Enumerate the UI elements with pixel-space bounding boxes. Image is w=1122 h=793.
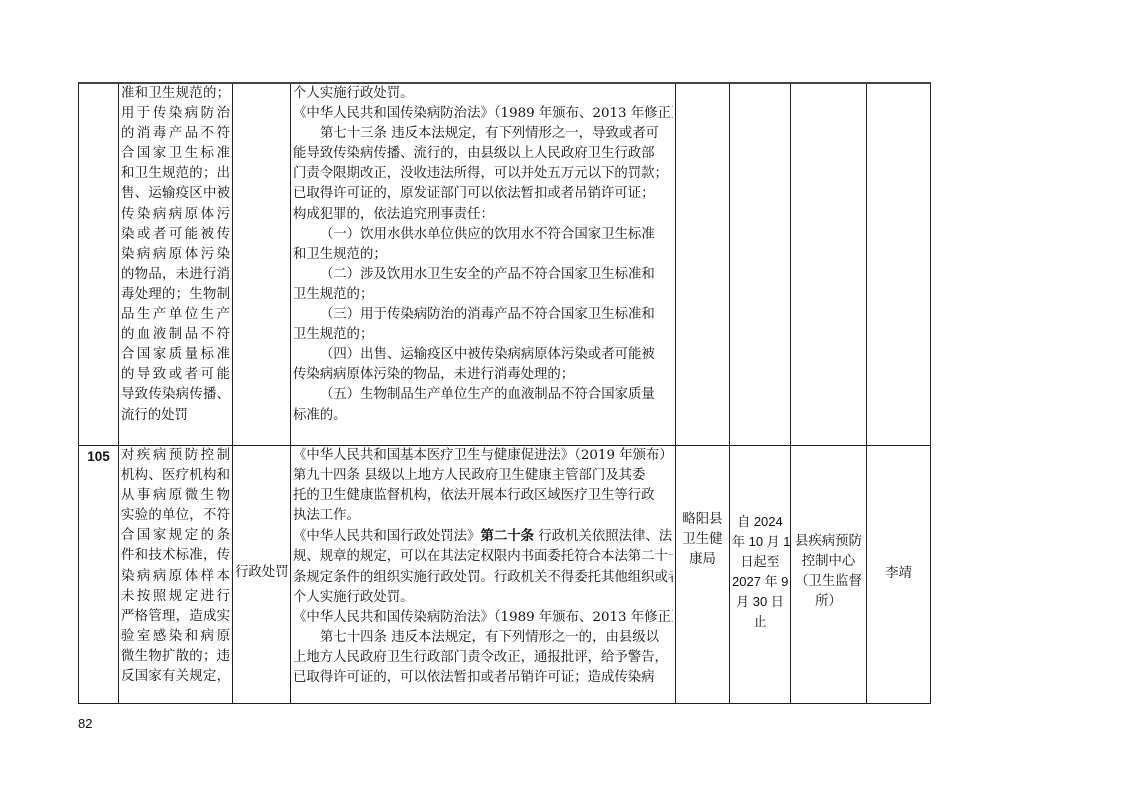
item-line: 染病病原体样本 (121, 567, 230, 587)
basis-line: 第七十四条 违反本法规定，有下列情形之一的，由县级以 (293, 628, 673, 648)
org-line: 康局 (678, 550, 727, 570)
org-line: 略阳县 (678, 510, 727, 530)
basis-line: 第九十四条 县级以上地方人民政府卫生健康主管部门及其委 (293, 466, 673, 486)
basis-line: 已取得许可证的，原发证部门可以依法暂扣或者吊销许可证； (293, 184, 673, 204)
basis-line: 个人实施行政处罚。 (293, 84, 673, 104)
org-cell (676, 83, 730, 446)
article-number: 第二十条 (480, 528, 534, 544)
item-cell: 准和卫生规范的； 用于传染病防治 的消毒产品不符 合国家卫生标准 和卫生规范的；… (119, 83, 233, 446)
unit-line: 县疾病预防 (793, 532, 864, 552)
item-line: 品生产单位生产 (121, 305, 230, 325)
item-line: 的导致或者可能 (121, 365, 230, 385)
table-row: 准和卫生规范的； 用于传染病防治 的消毒产品不符 合国家卫生标准 和卫生规范的；… (79, 83, 931, 446)
item-line: 机构、医疗机构和 (121, 466, 230, 486)
table-row: 105 对疾病预防控制 机构、医疗机构和 从事病原微生物 实验的单位，不符 合国… (79, 446, 931, 704)
item-line: 的物品，未进行消 (121, 265, 230, 285)
type-cell: 行政处罚 (233, 446, 291, 704)
item-line: 严格管理，造成实 (121, 607, 230, 627)
basis-line: 规、规章的规定，可以在其法定权限内书面委托符合本法第二十一 (293, 547, 673, 567)
basis-line: 条规定条件的组织实施行政处罚。行政机关不得委托其他组织或者 (293, 568, 673, 588)
row-number (81, 84, 116, 85)
basis-line: 《中华人民共和国基本医疗卫生与健康促进法》（2019 年颁布） (293, 446, 673, 466)
article-text: 行政机关依照法律、法 (534, 529, 672, 544)
basis-line: 执法工作。 (293, 506, 673, 526)
item-line: 对疾病预防控制 (121, 446, 230, 466)
basis-line: （五）生物制品生产单位生产的血液制品不符合国家质量 (293, 385, 673, 405)
item-line: 流行的处罚 (121, 406, 230, 426)
basis-line: 传染病病原体污染的物品，未进行消毒处理的； (293, 365, 673, 385)
unit-cell: 县疾病预防 控制中心 （卫生监督 所） (791, 446, 867, 704)
basis-line: 《中华人民共和国行政处罚法》第二十条 行政机关依照法律、法 (293, 526, 673, 547)
type-cell (233, 83, 291, 446)
page-number: 82 (78, 716, 92, 731)
item-cell: 对疾病预防控制 机构、医疗机构和 从事病原微生物 实验的单位，不符 合国家规定的… (119, 446, 233, 704)
basis-line: 构成犯罪的，依法追究刑事责任： (293, 205, 673, 225)
unit-line: （卫生监督 (793, 572, 864, 592)
basis-line: 和卫生规范的； (293, 245, 673, 265)
item-line: 从事病原微生物 (121, 486, 230, 506)
item-line: 合国家规定的条 (121, 526, 230, 546)
basis-line: 《中华人民共和国传染病防治法》（1989 年颁布、2013 年修正） (293, 608, 673, 628)
item-line: 用于传染病防治 (121, 104, 230, 124)
type-label: 行政处罚 (235, 446, 288, 583)
basis-line: 个人实施行政处罚。 (293, 588, 673, 608)
item-line: 染或者可能被传 (121, 225, 230, 245)
item-line: 实验的单位，不符 (121, 506, 230, 526)
basis-line: 《中华人民共和国传染病防治法》（1989 年颁布、2013 年修正） (293, 104, 673, 124)
person-cell (867, 83, 931, 446)
item-line: 染病病原体污染 (121, 245, 230, 265)
basis-line: （四）出售、运输疫区中被传染病病原体污染或者可能被 (293, 345, 673, 365)
basis-line: （一）饮用水供水单位供应的饮用水不符合国家卫生标准 (293, 225, 673, 245)
basis-cell: 《中华人民共和国基本医疗卫生与健康促进法》（2019 年颁布） 第九十四条 县级… (291, 446, 676, 704)
basis-line: 上地方人民政府卫生行政部门责令改正，通报批评，给予警告， (293, 648, 673, 668)
basis-line: 卫生规范的； (293, 325, 673, 345)
row-number-cell (79, 83, 119, 446)
item-line: 导致传染病传播、 (121, 385, 230, 405)
row-number-cell: 105 (79, 446, 119, 704)
item-line: 的血液制品不符 (121, 325, 230, 345)
item-line: 件和技术标准，传 (121, 546, 230, 566)
org-line: 卫生健 (678, 530, 727, 550)
org-cell: 略阳县 卫生健 康局 (676, 446, 730, 704)
unit-line: 控制中心 (793, 552, 864, 572)
unit-cell (791, 83, 867, 446)
item-line: 和卫生规范的；出 (121, 164, 230, 184)
basis-line: 第七十三条 违反本法规定，有下列情形之一，导致或者可 (293, 124, 673, 144)
basis-line: 能导致传染病传播、流行的，由县级以上人民政府卫生行政部 (293, 144, 673, 164)
item-line: 合国家质量标准 (121, 345, 230, 365)
law-title: 《中华人民共和国行政处罚法》 (293, 529, 480, 544)
item-line: 的消毒产品不符 (121, 124, 230, 144)
basis-line: 卫生规范的； (293, 285, 673, 305)
item-line: 售、运输疫区中被 (121, 184, 230, 204)
item-line: 未按照规定进行 (121, 587, 230, 607)
period-line: 自 2024 (732, 512, 788, 532)
period-line: 日起至 (732, 552, 788, 572)
basis-line: （三）用于传染病防治的消毒产品不符合国家卫生标准和 (293, 305, 673, 325)
basis-line: 托的卫生健康监督机构，依法开展本行政区域医疗卫生等行政 (293, 486, 673, 506)
basis-line: （二）涉及饮用水卫生安全的产品不符合国家卫生标准和 (293, 265, 673, 285)
item-line: 毒处理的；生物制 (121, 285, 230, 305)
item-line: 反国家有关规定， (121, 667, 230, 687)
basis-line: 已取得许可证的，可以依法暂扣或者吊销许可证；造成传染病 (293, 668, 673, 688)
period-line: 止 (732, 612, 788, 632)
item-line: 传染病病原体污 (121, 205, 230, 225)
basis-cell: 个人实施行政处罚。 《中华人民共和国传染病防治法》（1989 年颁布、2013 … (291, 83, 676, 446)
period-cell: 自 2024 年 10 月 1 日起至 2027 年 9 月 30 日 止 (730, 446, 791, 704)
row-number: 105 (81, 446, 116, 467)
period-cell (730, 83, 791, 446)
item-line: 合国家卫生标准 (121, 144, 230, 164)
unit-line: 所） (793, 592, 864, 612)
period-line: 年 10 月 1 (732, 532, 788, 552)
period-line: 月 30 日 (732, 592, 788, 612)
person-cell: 李靖 (867, 446, 931, 704)
authority-table: 准和卫生规范的； 用于传染病防治 的消毒产品不符 合国家卫生标准 和卫生规范的；… (78, 82, 931, 704)
item-line: 准和卫生规范的； (121, 84, 230, 104)
person-name: 李靖 (869, 446, 928, 584)
basis-line: 门责令限期改正，没收违法所得，可以并处五万元以下的罚款； (293, 164, 673, 184)
item-line: 微生物扩散的；违 (121, 647, 230, 667)
item-line: 验室感染和病原 (121, 627, 230, 647)
period-line: 2027 年 9 (732, 572, 788, 592)
basis-line: 标准的。 (293, 406, 673, 426)
